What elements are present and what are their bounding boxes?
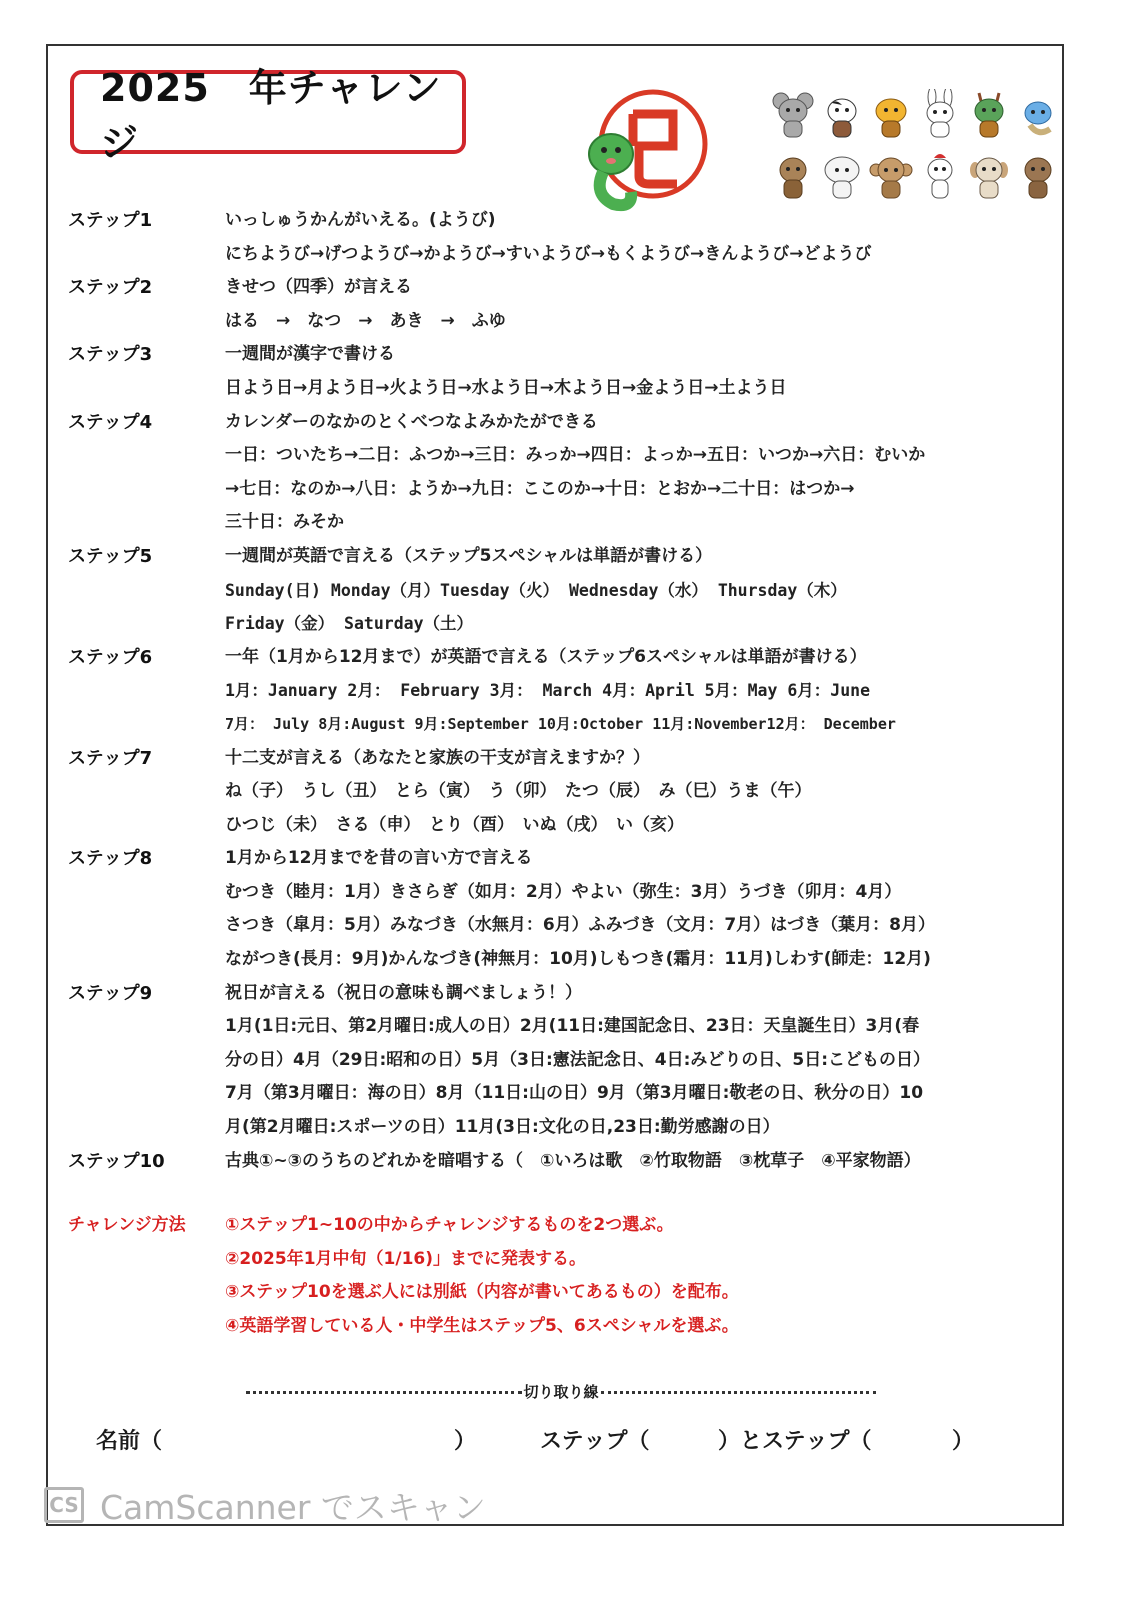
step-detail: 月(第2月曜日:スポーツの日）11月(3日:文化の日,23日:勤労感謝の日）: [225, 1111, 1058, 1145]
name-field[interactable]: [216, 1424, 456, 1456]
step-detail: 三十日：みそか: [225, 506, 1058, 540]
step-3: ステップ3 一週間が漢字で書ける 日よう日→月よう日→火よう日→水よう日→木よう…: [68, 338, 1058, 405]
rooster-icon: [917, 147, 962, 204]
step-choice-1-field[interactable]: [664, 1424, 714, 1456]
sheep-icon: [819, 147, 864, 204]
step-field-and: ）とステップ（: [718, 1424, 872, 1455]
step-field-close: ）: [952, 1424, 974, 1455]
step-detail: Friday（金） Saturday（土）: [225, 607, 1058, 641]
step-title: 一週間が英語で言える（ステップ5スペシャルは単語が書ける）: [225, 540, 1058, 574]
challenge-rule: ④英語学習している人・中学生はステップ5、6スペシャルを選ぶ。: [225, 1310, 1058, 1344]
step-detail: ひつじ（未） さる（申） とり（酉） いぬ（戌） い（亥）: [225, 809, 1058, 843]
step-label: ステップ4: [68, 406, 225, 540]
name-field-label: 名前（: [96, 1424, 162, 1455]
step-label: ステップ9: [68, 977, 225, 1145]
step-title: 一年（1月から12月まで）が英語で言える（ステップ6スペシャルは単語が書ける）: [225, 641, 1058, 675]
rat-icon: [770, 86, 815, 143]
challenge-rule: ①ステップ1~10の中からチャレンジするものを2つ選ぶ。: [225, 1209, 1058, 1243]
step-title: カレンダーのなかのとくべつなよみかたができる: [225, 406, 1058, 440]
dotted-line-left: [246, 1391, 522, 1394]
step-detail: →七日：なのか→八日：ようか→九日：ここのか→十日：とおか→二十日：はつか→: [225, 473, 1058, 507]
snake-icon: [1015, 86, 1060, 143]
step-label: ステップ5: [68, 540, 225, 641]
horse-icon: [770, 147, 815, 204]
step-5: ステップ5 一週間が英語で言える（ステップ5スペシャルは単語が書ける） Sund…: [68, 540, 1058, 641]
step-title: 祝日が言える（祝日の意味も調べましょう！）: [225, 977, 1058, 1011]
step-label: ステップ3: [68, 338, 225, 405]
step-title: 古典①~③のうちのどれかを暗唱する（ ①いろは歌 ②竹取物語 ③枕草子 ④平家物…: [225, 1145, 1058, 1179]
step-detail: さつき（皐月：5月）みなづき（水無月：6月）ふみづき（文月：7月）はづき（葉月：…: [225, 909, 1058, 943]
step-label: ステップ7: [68, 742, 225, 843]
challenge-rule: ②2025年1月中旬（1/16)」までに発表する。: [225, 1243, 1058, 1277]
step-detail: 7月（第3月曜日：海の日）8月（11日:山の日）9月（第3月曜日:敬老の日、秋分…: [225, 1077, 1058, 1111]
step-detail: 分の日）4月（29日:昭和の日）5月（3日:憲法記念日、4日:みどりの日、5日:…: [225, 1044, 1058, 1078]
watermark-text: CamScanner でスキャン: [100, 1482, 486, 1529]
step-detail: 一日：ついたち→二日：ふつか→三日：みっか→四日：よっか→五日：いつか→六日：む…: [225, 439, 1058, 473]
step-title: 十二支が言える（あなたと家族の干支が言えますか？）: [225, 742, 1058, 776]
step-detail: むつき（睦月：1月）きさらぎ（如月：2月）やよい（弥生：3月）うづき（卯月：4月…: [225, 876, 1058, 910]
tiger-icon: [868, 86, 913, 143]
monkey-icon: [868, 147, 913, 204]
challenge-method: チャレンジ方法 ①ステップ1~10の中からチャレンジするものを2つ選ぶ。 ②20…: [68, 1209, 1058, 1343]
step-detail: 1月：January 2月： February 3月： March 4月：Apr…: [225, 674, 1058, 708]
zodiac-animals: [770, 86, 1060, 204]
cut-line-label: 切り取り線: [522, 1381, 601, 1402]
camscanner-logo-icon: CS: [44, 1487, 84, 1523]
step-label: ステップ8: [68, 842, 225, 976]
step-title: きせつ（四季）が言える: [225, 271, 1058, 305]
dog-icon: [966, 147, 1011, 204]
cut-line: 切り取り線: [246, 1376, 876, 1406]
step-label: ステップ10: [68, 1145, 225, 1179]
step-label: ステップ1: [68, 204, 225, 271]
step-7: ステップ7 十二支が言える（あなたと家族の干支が言えますか？） ね（子） うし（…: [68, 742, 1058, 843]
rabbit-icon: [917, 86, 962, 143]
step-detail: Sunday(日) Monday（月）Tuesday（火） Wednesday（…: [225, 574, 1058, 608]
step-choice-2-field[interactable]: [906, 1424, 946, 1456]
name-field-close: ）: [454, 1424, 476, 1455]
step-field-label: ステップ（: [540, 1424, 650, 1455]
step-title: 一週間が漢字で書ける: [225, 338, 1058, 372]
step-4: ステップ4 カレンダーのなかのとくべつなよみかたができる 一日：ついたち→二日：…: [68, 406, 1058, 540]
step-detail: はる → なつ → あき → ふゆ: [225, 305, 1058, 339]
worksheet-page: 2025 年チャレンジ ステップ1 いっしゅうかんがい: [46, 44, 1064, 1526]
step-detail: 7月： July 8月:August 9月:September 10月:Octo…: [225, 708, 1058, 742]
page-title: 2025 年チャレンジ: [100, 57, 462, 167]
step-detail: 1月(1日:元日、第2月曜日:成人の日）2月(11日:建国記念日、23日：天皇誕…: [225, 1010, 1058, 1044]
challenge-rule: ③ステップ10を選ぶ人には別紙（内容が書いてあるもの）を配布。: [225, 1276, 1058, 1310]
step-detail: 日よう日→月よう日→火よう日→水よう日→木よう日→金よう日→土よう日: [225, 372, 1058, 406]
step-8: ステップ8 1月から12月までを昔の言い方で言える むつき（睦月：1月）きさらぎ…: [68, 842, 1058, 976]
step-1: ステップ1 いっしゅうかんがいえる。(ようび) にちようび→げつようび→かようび…: [68, 204, 1058, 271]
camscanner-watermark: CS CamScanner でスキャン: [44, 1483, 486, 1527]
entry-form: 名前（ ） ステップ（ ）とステップ（ ）: [96, 1424, 996, 1464]
step-10: ステップ10 古典①~③のうちのどれかを暗唱する（ ①いろは歌 ②竹取物語 ③枕…: [68, 1145, 1058, 1179]
step-title: 1月から12月までを昔の言い方で言える: [225, 842, 1058, 876]
step-title: いっしゅうかんがいえる。(ようび): [225, 204, 1058, 238]
step-label: ステップ6: [68, 641, 225, 742]
dotted-line-right: [601, 1391, 877, 1394]
ox-icon: [819, 86, 864, 143]
snake-zodiac-emblem-icon: [573, 84, 713, 214]
step-detail: ながつき(長月：9月)かんなづき(神無月：10月)しもつき(霜月：11月)しわす…: [225, 943, 1058, 977]
step-label: ステップ2: [68, 271, 225, 338]
dragon-icon: [966, 86, 1011, 143]
title-box: 2025 年チャレンジ: [70, 70, 466, 154]
challenge-method-label: チャレンジ方法: [68, 1209, 225, 1343]
step-2: ステップ2 きせつ（四季）が言える はる → なつ → あき → ふゆ: [68, 271, 1058, 338]
step-detail: にちようび→げつようび→かようび→すいようび→もくようび→きんようび→どようび: [225, 238, 1058, 272]
boar-icon: [1015, 147, 1060, 204]
step-9: ステップ9 祝日が言える（祝日の意味も調べましょう！） 1月(1日:元日、第2月…: [68, 977, 1058, 1145]
step-detail: ね（子） うし（丑） とら（寅） う（卯） たつ（辰） み（巳）うま（午）: [225, 775, 1058, 809]
step-6: ステップ6 一年（1月から12月まで）が英語で言える（ステップ6スペシャルは単語…: [68, 641, 1058, 742]
steps-list: ステップ1 いっしゅうかんがいえる。(ようび) にちようび→げつようび→かようび…: [68, 204, 1058, 1178]
